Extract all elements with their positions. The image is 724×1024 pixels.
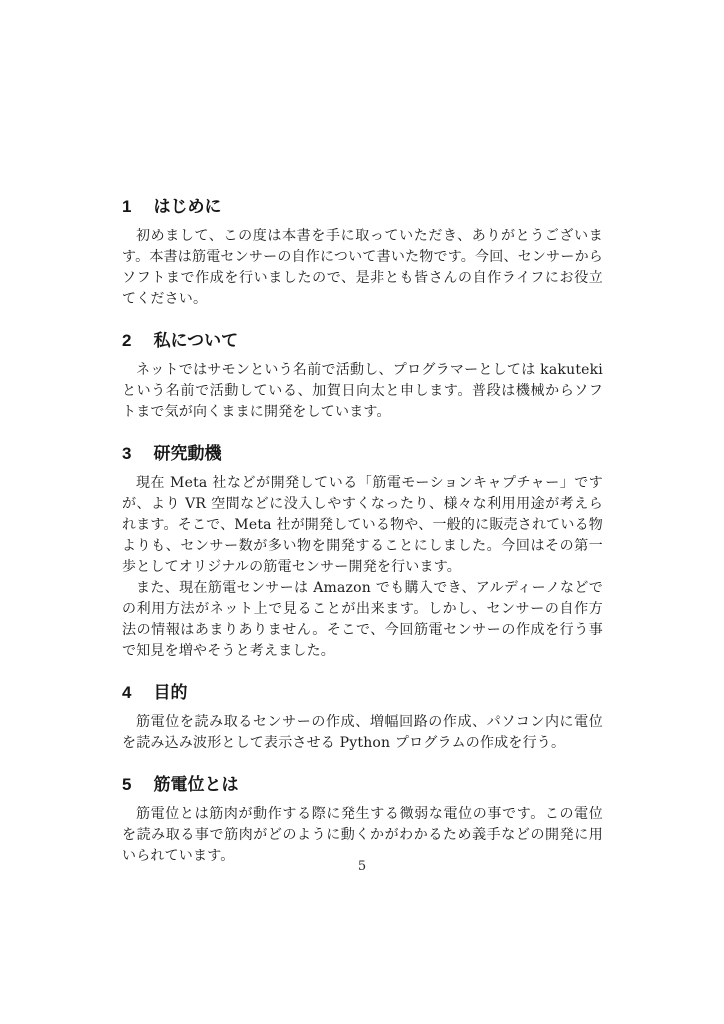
paragraph: 現在 Meta 社などが開発している「筋電モーションキャプチャー」ですが、より … xyxy=(122,473,603,578)
section-number: 4 xyxy=(122,683,131,703)
section-number: 2 xyxy=(122,331,131,351)
section-4: 4目的 筋電位を読み取るセンサーの作成、増幅回路の作成、パソコン内に電位を読み込… xyxy=(122,683,603,754)
section-number: 3 xyxy=(122,444,131,464)
section-heading: 2私について xyxy=(122,331,603,351)
page-number: 5 xyxy=(0,859,724,874)
section-number: 5 xyxy=(122,775,131,795)
section-number: 1 xyxy=(122,197,131,217)
document-content: 1はじめに 初めまして、この度は本書を手に取っていただき、ありがとうございます。… xyxy=(122,197,603,867)
section-heading: 4目的 xyxy=(122,683,603,703)
section-title: 筋電位とは xyxy=(153,775,238,794)
section-3: 3研究動機 現在 Meta 社などが開発している「筋電モーションキャプチャー」で… xyxy=(122,444,603,662)
section-2: 2私について ネットではサモンという名前で活動し、プログラマーとしては kaku… xyxy=(122,331,603,423)
section-heading: 5筋電位とは xyxy=(122,775,603,795)
paragraph: 筋電位を読み取るセンサーの作成、増幅回路の作成、パソコン内に電位を読み込み波形と… xyxy=(122,712,603,754)
paragraph: 筋電位とは筋肉が動作する際に発生する微弱な電位の事です。この電位を読み取る事で筋… xyxy=(122,804,603,867)
section-title: 研究動機 xyxy=(153,444,221,463)
paragraph: また、現在筋電センサーは Amazon でも購入でき、アルディーノなどでの利用方… xyxy=(122,578,603,662)
section-heading: 1はじめに xyxy=(122,197,603,217)
section-1: 1はじめに 初めまして、この度は本書を手に取っていただき、ありがとうございます。… xyxy=(122,197,603,310)
document-page: 1はじめに 初めまして、この度は本書を手に取っていただき、ありがとうございます。… xyxy=(0,0,724,1024)
paragraph: 初めまして、この度は本書を手に取っていただき、ありがとうございます。本書は筋電セ… xyxy=(122,226,603,310)
section-5: 5筋電位とは 筋電位とは筋肉が動作する際に発生する微弱な電位の事です。この電位を… xyxy=(122,775,603,867)
section-title: はじめに xyxy=(153,197,221,216)
paragraph: ネットではサモンという名前で活動し、プログラマーとしては kakuteki とい… xyxy=(122,360,603,423)
section-title: 目的 xyxy=(153,683,187,702)
section-heading: 3研究動機 xyxy=(122,444,603,464)
section-title: 私について xyxy=(153,331,238,350)
